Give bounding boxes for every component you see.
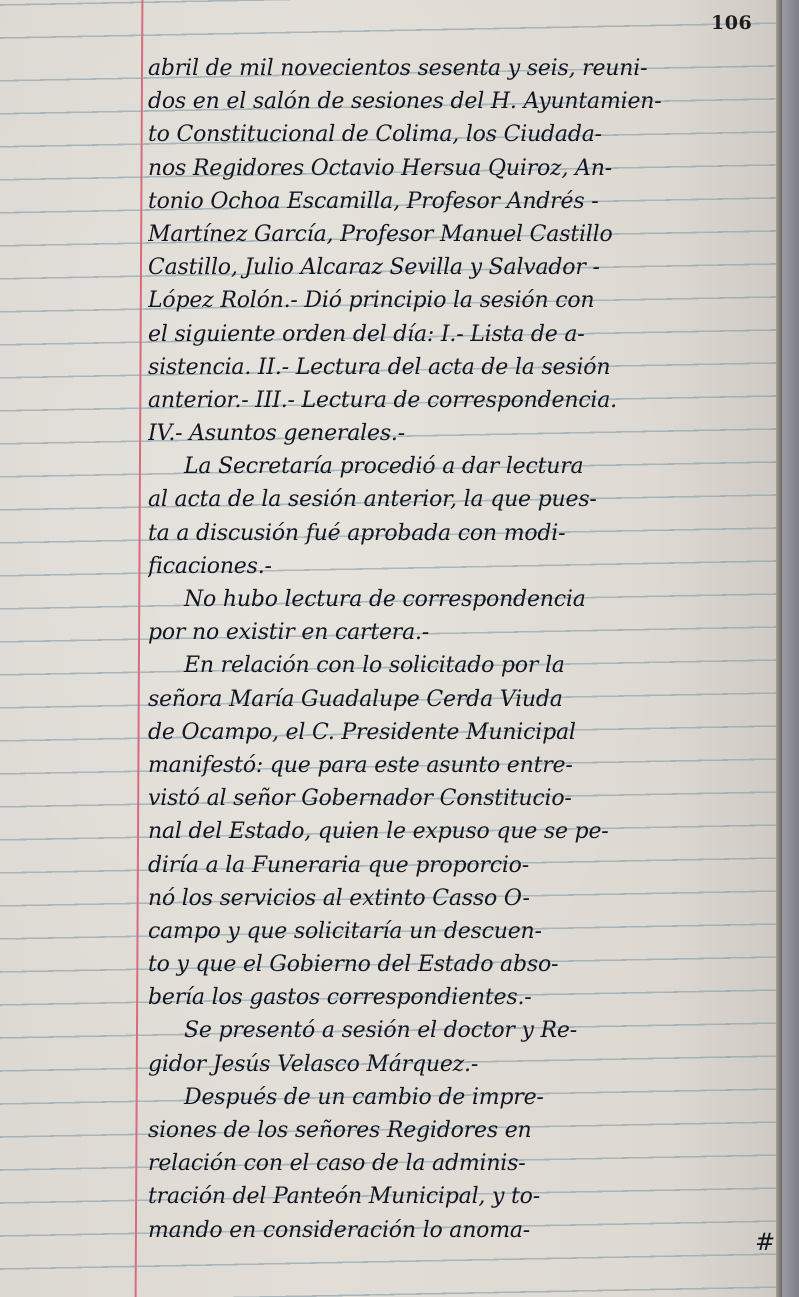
handwritten-line: gidor Jesús Velasco Márquez.- <box>148 1048 773 1081</box>
handwritten-line: dos en el salón de sesiones del H. Ayunt… <box>148 85 773 118</box>
handwritten-line: el siguiente orden del día: I.- Lista de… <box>148 318 773 351</box>
handwritten-line: ta a discusión fué aprobada con modi- <box>148 517 773 550</box>
handwritten-line: por no existir en cartera.- <box>148 616 773 649</box>
handwritten-line: nal del Estado, quien le expuso que se p… <box>148 815 773 848</box>
handwritten-line: abril de mil novecientos sesenta y seis,… <box>148 52 773 85</box>
handwritten-minutes: abril de mil novecientos sesenta y seis,… <box>148 52 773 1247</box>
handwritten-line: Martínez García, Profesor Manuel Castill… <box>148 218 773 251</box>
paragraph-start-line: Después de un cambio de impre- <box>148 1081 773 1114</box>
paragraph-start-line: No hubo lectura de correspondencia <box>148 583 773 616</box>
ledger-page: 106 abril de mil novecientos sesenta y s… <box>0 0 776 1297</box>
handwritten-line: relación con el caso de la adminis- <box>148 1147 773 1180</box>
handwritten-line: nos Regidores Octavio Hersua Quiroz, An- <box>148 152 773 185</box>
handwritten-line: ficaciones.- <box>148 550 773 583</box>
handwritten-line: señora María Guadalupe Cerda Viuda <box>148 683 773 716</box>
continuation-mark: # <box>755 1228 775 1256</box>
handwritten-line: López Rolón.- Dió principio la sesión co… <box>148 284 773 317</box>
book-background <box>782 0 799 1297</box>
paragraph-start-line: En relación con lo solicitado por la <box>148 649 773 682</box>
handwritten-line: sistencia. II.- Lectura del acta de la s… <box>148 351 773 384</box>
handwritten-line: to y que el Gobierno del Estado abso- <box>148 948 773 981</box>
handwritten-line: de Ocampo, el C. Presidente Municipal <box>148 716 773 749</box>
paragraph-start-line: Se presentó a sesión el doctor y Re- <box>148 1014 773 1047</box>
handwritten-line: IV.- Asuntos generales.- <box>148 417 773 450</box>
handwritten-line: manifestó: que para este asunto entre- <box>148 749 773 782</box>
handwritten-line: campo y que solicitaría un descuen- <box>148 915 773 948</box>
page-number: 106 <box>711 12 752 34</box>
paragraph-start-line: La Secretaría procedió a dar lectura <box>148 450 773 483</box>
handwritten-line: bería los gastos correspondientes.- <box>148 981 773 1014</box>
handwritten-line: vistó al señor Gobernador Constitucio- <box>148 782 773 815</box>
handwritten-line: mando en consideración lo anoma- <box>148 1214 773 1247</box>
handwritten-line: al acta de la sesión anterior, la que pu… <box>148 483 773 516</box>
handwritten-line: nó los servicios al extinto Casso O- <box>148 882 773 915</box>
handwritten-line: anterior.- III.- Lectura de corresponden… <box>148 384 773 417</box>
handwritten-line: diría a la Funeraria que proporcio- <box>148 849 773 882</box>
handwritten-line: to Constitucional de Colima, los Ciudada… <box>148 118 773 151</box>
handwritten-line: Castillo, Julio Alcaraz Sevilla y Salvad… <box>148 251 773 284</box>
handwritten-line: tración del Panteón Municipal, y to- <box>148 1180 773 1213</box>
handwritten-line: siones de los señores Regidores en <box>148 1114 773 1147</box>
handwritten-line: tonio Ochoa Escamilla, Profesor Andrés - <box>148 185 773 218</box>
